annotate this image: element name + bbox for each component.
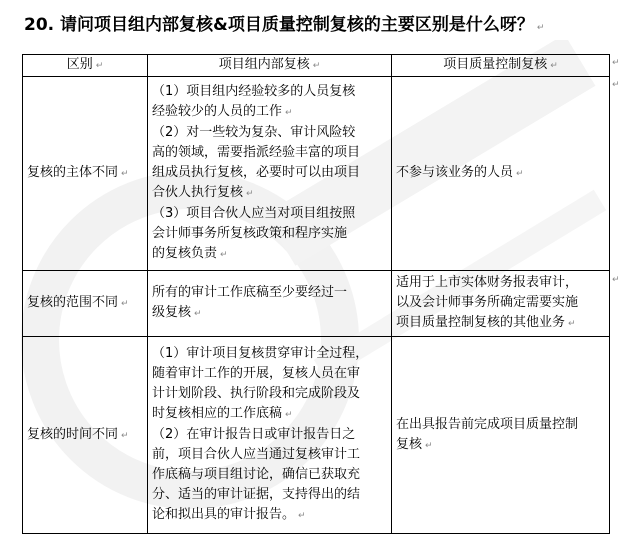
header-aspect: 区别↵ bbox=[23, 55, 148, 77]
question-title-text: 20. 请问项目组内部复核&项目质量控制复核的主要区别是什么呀？ bbox=[24, 15, 534, 35]
comparison-table: 区别↵ 项目组内部复核↵ 项目质量控制复核↵ 复核的主体不同↵ （1）项目组内经… bbox=[22, 54, 610, 534]
row-aspect: 复核的主体不同↵ bbox=[23, 77, 148, 271]
row-aspect: 复核的时间不同↵ bbox=[23, 337, 148, 534]
header-quality-control-review: 项目质量控制复核↵ bbox=[392, 55, 610, 77]
row-aspect: 复核的范围不同↵ bbox=[23, 271, 148, 337]
paragraph-mark-icon: ↵ bbox=[537, 23, 545, 33]
row-quality-control-cell: 不参与该业务的人员↵ bbox=[392, 77, 610, 271]
table-row: 复核的范围不同↵ 所有的审计工作底稿至少要经过一 级复核↵ 适用于上市实体财务报… bbox=[23, 271, 610, 337]
table-header-row: 区别↵ 项目组内部复核↵ 项目质量控制复核↵ bbox=[23, 55, 610, 77]
row-internal-review-cell: （1）项目组内经验较多的人员复核 经验较少的人员的工作↵ （2）对一些较为复杂、… bbox=[148, 77, 392, 271]
header-internal-review: 项目组内部复核↵ bbox=[148, 55, 392, 77]
table-row: 复核的主体不同↵ （1）项目组内经验较多的人员复核 经验较少的人员的工作↵ （2… bbox=[23, 77, 610, 271]
row-internal-review-cell: 所有的审计工作底稿至少要经过一 级复核↵ bbox=[148, 271, 392, 337]
row-internal-review-cell: （1）审计项目复核贯穿审计全过程， 随着审计工作的开展，复核人员在审 计计划阶段… bbox=[148, 337, 392, 534]
question-title: 20. 请问项目组内部复核&项目质量控制复核的主要区别是什么呀？↵ bbox=[24, 10, 544, 35]
row-end-mark-icon: ↵ bbox=[612, 275, 620, 285]
row-quality-control-cell: 在出具报告前完成项目质量控制 复核↵ bbox=[392, 337, 610, 534]
row-end-mark-icon: ↵ bbox=[612, 80, 620, 90]
row-end-mark-icon: ↵ bbox=[612, 58, 620, 68]
table-row: 复核的时间不同↵ （1）审计项目复核贯穿审计全过程， 随着审计工作的开展，复核人… bbox=[23, 337, 610, 534]
row-quality-control-cell: 适用于上市实体财务报表审计， 以及会计师事务所确定需要实施 项目质量控制复核的其… bbox=[392, 271, 610, 337]
